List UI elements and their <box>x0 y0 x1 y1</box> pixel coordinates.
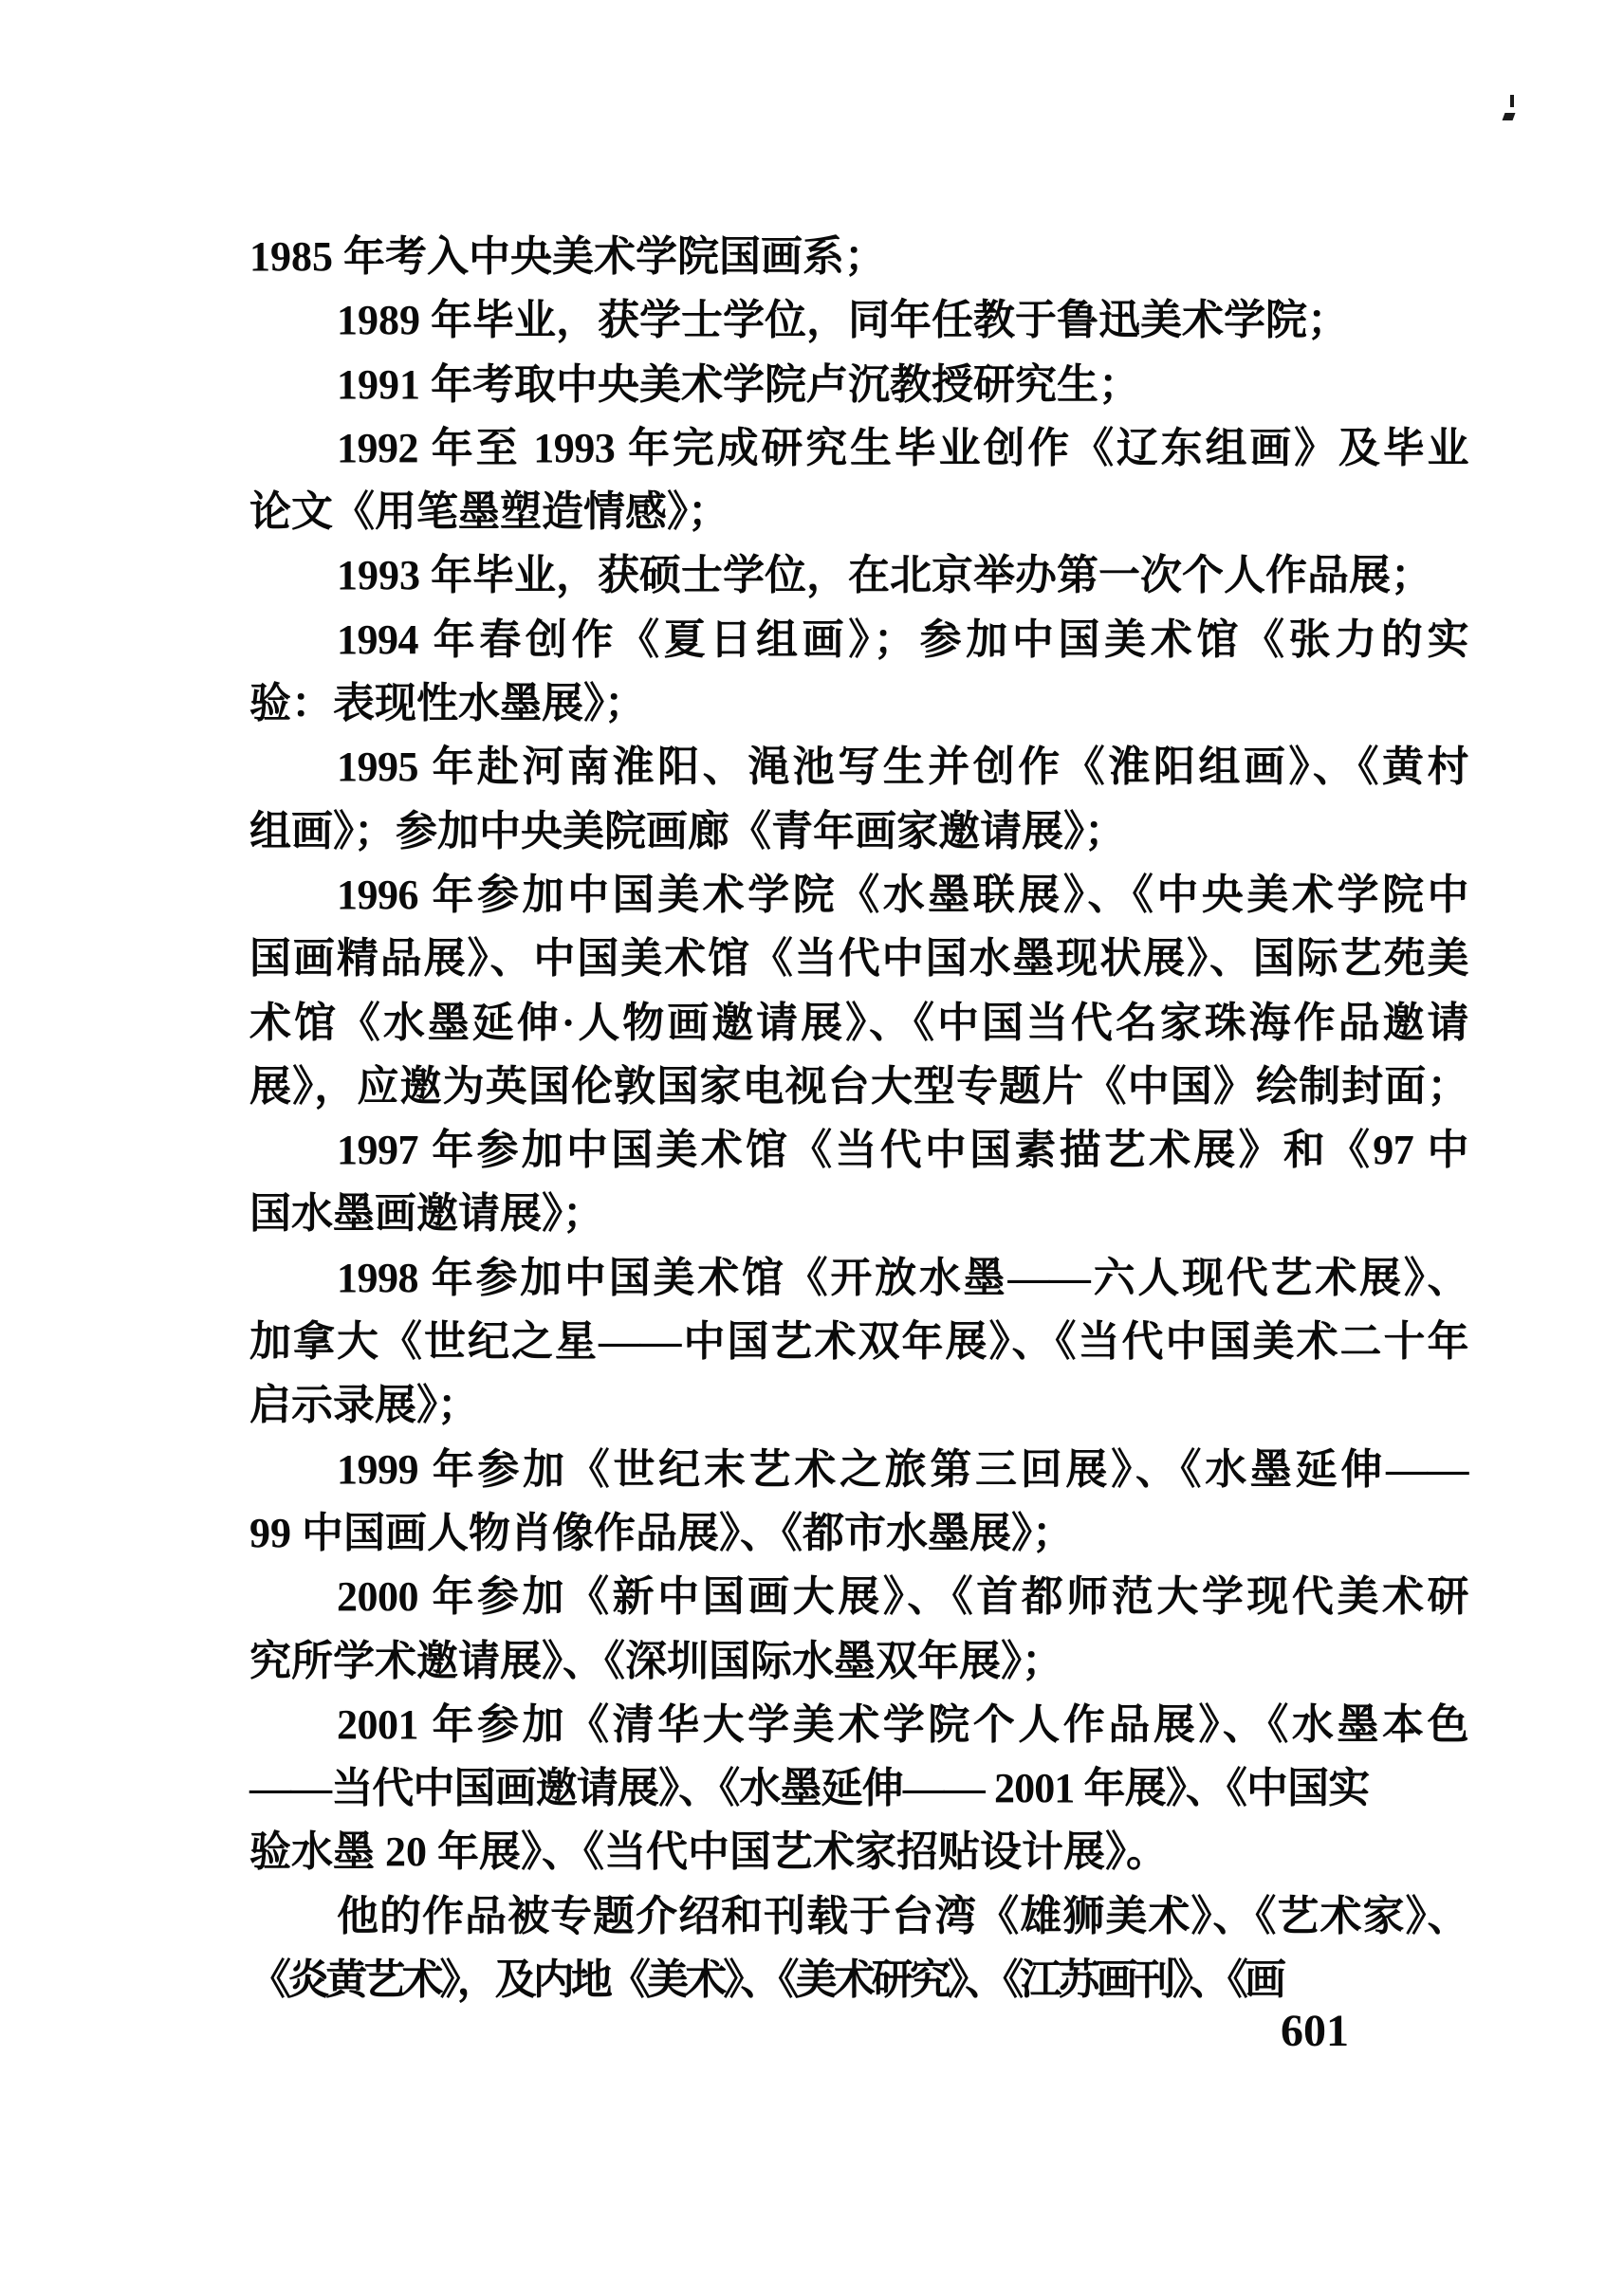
text-line: 1989 年毕业，获学士学位，同年任教于鲁迅美术学院； <box>249 288 1468 352</box>
text-line: 1991 年考取中央美术学院卢沉教授研究生； <box>249 353 1468 416</box>
text-line: 2001 年参加《清华大学美术学院个人作品展》、《水墨本色 <box>249 1693 1468 1756</box>
text-line: 2000 年参加《新中国画大展》、《首都师范大学现代美术研 <box>249 1565 1468 1628</box>
text-line: 1999 年参加《世纪末艺术之旅第三回展》、《水墨延伸—— <box>249 1438 1468 1501</box>
text-line: 1992 年至 1993 年完成研究生毕业创作《辽东组画》及毕业 <box>249 416 1468 480</box>
text-line: 1985 年考入中央美术学院国画系； <box>249 225 1468 288</box>
text-line: 1997 年参加中国美术馆《当代中国素描艺术展》和《97 中 <box>249 1118 1468 1182</box>
scan-speck <box>1503 113 1516 120</box>
text-line: 组画》；参加中央美院画廊《青年画家邀请展》； <box>249 799 1468 863</box>
text-line: 1995 年赴河南淮阳、渑池写生并创作《淮阳组画》、《黄村 <box>249 735 1468 799</box>
text-line: 究所学术邀请展》、《深圳国际水墨双年展》； <box>249 1629 1468 1693</box>
text-line: 国水墨画邀请展》； <box>249 1182 1468 1245</box>
text-line: 验水墨 20 年展》、《当代中国艺术家招贴设计展》。 <box>249 1820 1468 1883</box>
text-line: 论文《用笔墨塑造情感》； <box>249 480 1468 543</box>
text-line: 展》，应邀为英国伦敦国家电视台大型专题片《中国》绘制封面； <box>249 1055 1468 1118</box>
text-line: 他的作品被专题介绍和刊载于台湾《雄狮美术》、《艺术家》、 <box>249 1884 1468 1948</box>
page-number: 601 <box>1281 2007 1349 2056</box>
text-line: 国画精品展》、中国美术馆《当代中国水墨现状展》、国际艺苑美 <box>249 927 1468 990</box>
text-line: 启示录展》； <box>249 1373 1468 1437</box>
text-line: 1998 年参加中国美术馆《开放水墨——六人现代艺术展》、 <box>249 1246 1468 1310</box>
text-line: 1993 年毕业，获硕士学位，在北京举办第一次个人作品展； <box>249 543 1468 607</box>
text-line: 《炎黄艺术》，及内地《美术》、《美术研究》、《江苏画刊》、《画 <box>249 1948 1468 2011</box>
biography-text-block: 1985 年考入中央美术学院国画系； 1989 年毕业，获学士学位，同年任教于鲁… <box>249 225 1468 2011</box>
scan-speck <box>1510 95 1514 107</box>
text-line: 验：表现性水墨展》； <box>249 671 1468 735</box>
text-line: 术馆《水墨延伸·人物画邀请展》、《中国当代名家珠海作品邀请 <box>249 991 1468 1055</box>
text-line: 加拿大《世纪之星——中国艺术双年展》、《当代中国美术二十年 <box>249 1310 1468 1373</box>
text-line: ——当代中国画邀请展》、《水墨延伸—— 2001 年展》、《中国实 <box>249 1756 1468 1820</box>
scanned-book-page: 1985 年考入中央美术学院国画系； 1989 年毕业，获学士学位，同年任教于鲁… <box>0 0 1624 2296</box>
text-line: 1996 年参加中国美术学院《水墨联展》、《中央美术学院中 <box>249 863 1468 927</box>
text-line: 1994 年春创作《夏日组画》；参加中国美术馆《张力的实 <box>249 608 1468 671</box>
text-line: 99 中国画人物肖像作品展》、《都市水墨展》； <box>249 1501 1468 1565</box>
